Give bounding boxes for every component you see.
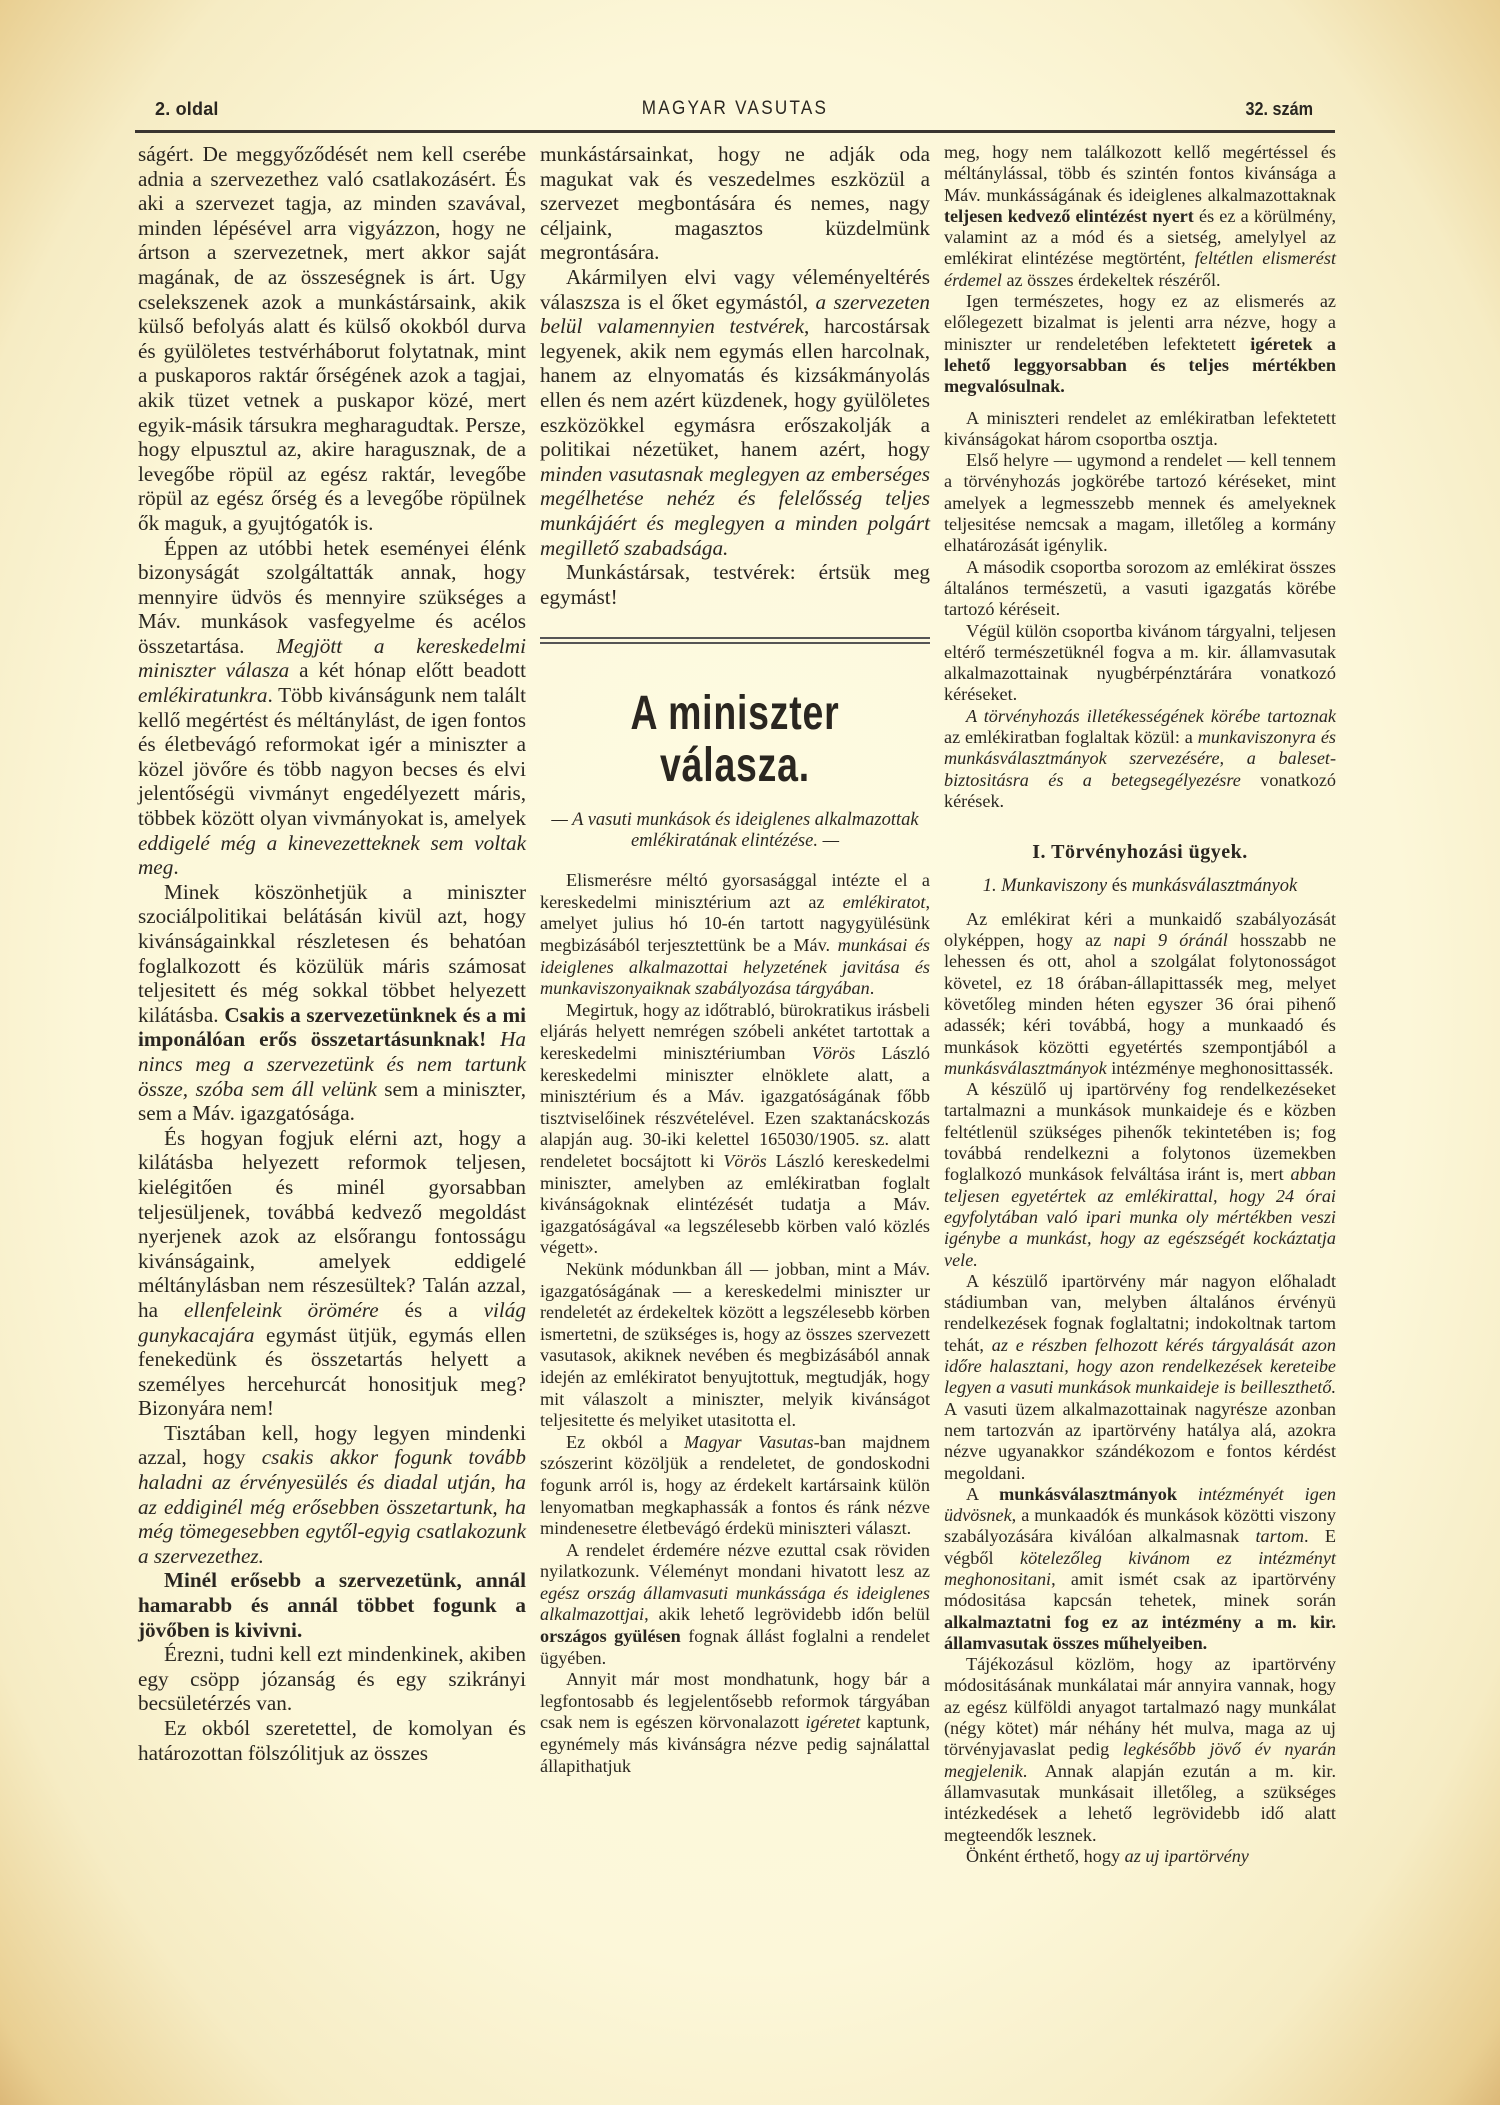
subsection-title: 1. Munkaviszony és munkásválasztmányok [944, 876, 1336, 897]
article-divider [540, 637, 930, 644]
paragraph: Elismerésre méltó gyorsasággal intézte e… [540, 870, 930, 1000]
paragraph: A miniszteri rendelet az emlékiratban le… [944, 408, 1336, 451]
column-1: ságért. De meggyőződését nem kell cseréb… [138, 142, 526, 1765]
paragraph: A munkásválasztmányok intézményét igen ü… [944, 1484, 1336, 1654]
paragraph: Igen természetes, hogy ez az elismerés a… [944, 291, 1336, 397]
paragraph: Minél erősebb a szervezetünk, annál hama… [138, 1568, 526, 1642]
paragraph: Akármilyen elvi vagy véleményeltérés vál… [540, 265, 930, 560]
paragraph: Megirtuk, hogy az időtrabló, bürokratiku… [540, 1000, 930, 1259]
article-body: Elismerésre méltó gyorsasággal intézte e… [540, 870, 930, 1777]
paragraph: Ez okból a Magyar Vasutas-ban majdnem sz… [540, 1432, 930, 1540]
paragraph: Az emlékirat kéri a munkaidő szabályozás… [944, 909, 1336, 1079]
issue-number: 32. szám [1245, 99, 1313, 120]
section-title: I. Törvényhozási ügyek. [944, 842, 1336, 863]
paragraph: Ez okból szeretettel, de komolyan és hat… [138, 1716, 526, 1765]
column-2: munkástársainkat, hogy ne adják oda magu… [540, 142, 930, 1777]
paragraph: Nekünk módunkban áll — jobban, mint a Má… [540, 1259, 930, 1432]
paragraph: Munkástársak, testvérek: értsük meg egym… [540, 560, 930, 609]
paragraph: A készülő ipartörvény már nagyon előhala… [944, 1271, 1336, 1484]
publication-title: MAGYAR VASUTAS [195, 98, 1275, 120]
article-subheadline: — A vasuti munkások és ideiglenes alkalm… [540, 810, 930, 852]
paragraph: A törvényhozás illetékességének körébe t… [944, 706, 1336, 812]
paragraph: munkástársainkat, hogy ne adják oda magu… [540, 142, 930, 265]
paragraph: Tisztában kell, hogy legyen mindenki azz… [138, 1421, 526, 1569]
paragraph: Annyit már most mondhatunk, hogy bár a l… [540, 1669, 930, 1777]
paragraph: Minek köszönhetjük a miniszter szociálpo… [138, 880, 526, 1126]
paragraph: A készülő uj ipartörvény fog rendelkezés… [944, 1079, 1336, 1271]
column-3: meg, hogy nem találkozott kellő megértés… [944, 142, 1336, 1867]
article-headline: A miniszter válasza. [583, 688, 887, 792]
page-header: 2. oldal MAGYAR VASUTAS 32. szám [135, 94, 1335, 130]
paragraph: Éppen az utóbbi hetek eseményei élénk bi… [138, 536, 526, 880]
paragraph: Végül külön csoportba kivánom tárgyalni,… [944, 621, 1336, 706]
paragraph: A második csoportba sorozom az emlékirat… [944, 557, 1336, 621]
paragraph: Első helyre — ugymond a rendelet — kell … [944, 450, 1336, 556]
header-rule [135, 130, 1335, 133]
paragraph: ságért. De meggyőződését nem kell cseréb… [138, 142, 526, 536]
paragraph: A rendelet érdemére nézve ezuttal csak r… [540, 1540, 930, 1670]
newspaper-page: 2. oldal MAGYAR VASUTAS 32. szám ságért.… [0, 0, 1500, 2105]
paragraph: Tájékozásul közlöm, hogy az ipartörvény … [944, 1654, 1336, 1846]
paragraph: És hogyan fogjuk elérni azt, hogy a kilá… [138, 1126, 526, 1421]
paragraph: meg, hogy nem találkozott kellő megértés… [944, 142, 1336, 291]
paragraph: Érezni, tudni kell ezt mindenkinek, akib… [138, 1642, 526, 1716]
paragraph: Önként érthető, hogy az uj ipartörvény [944, 1846, 1336, 1867]
